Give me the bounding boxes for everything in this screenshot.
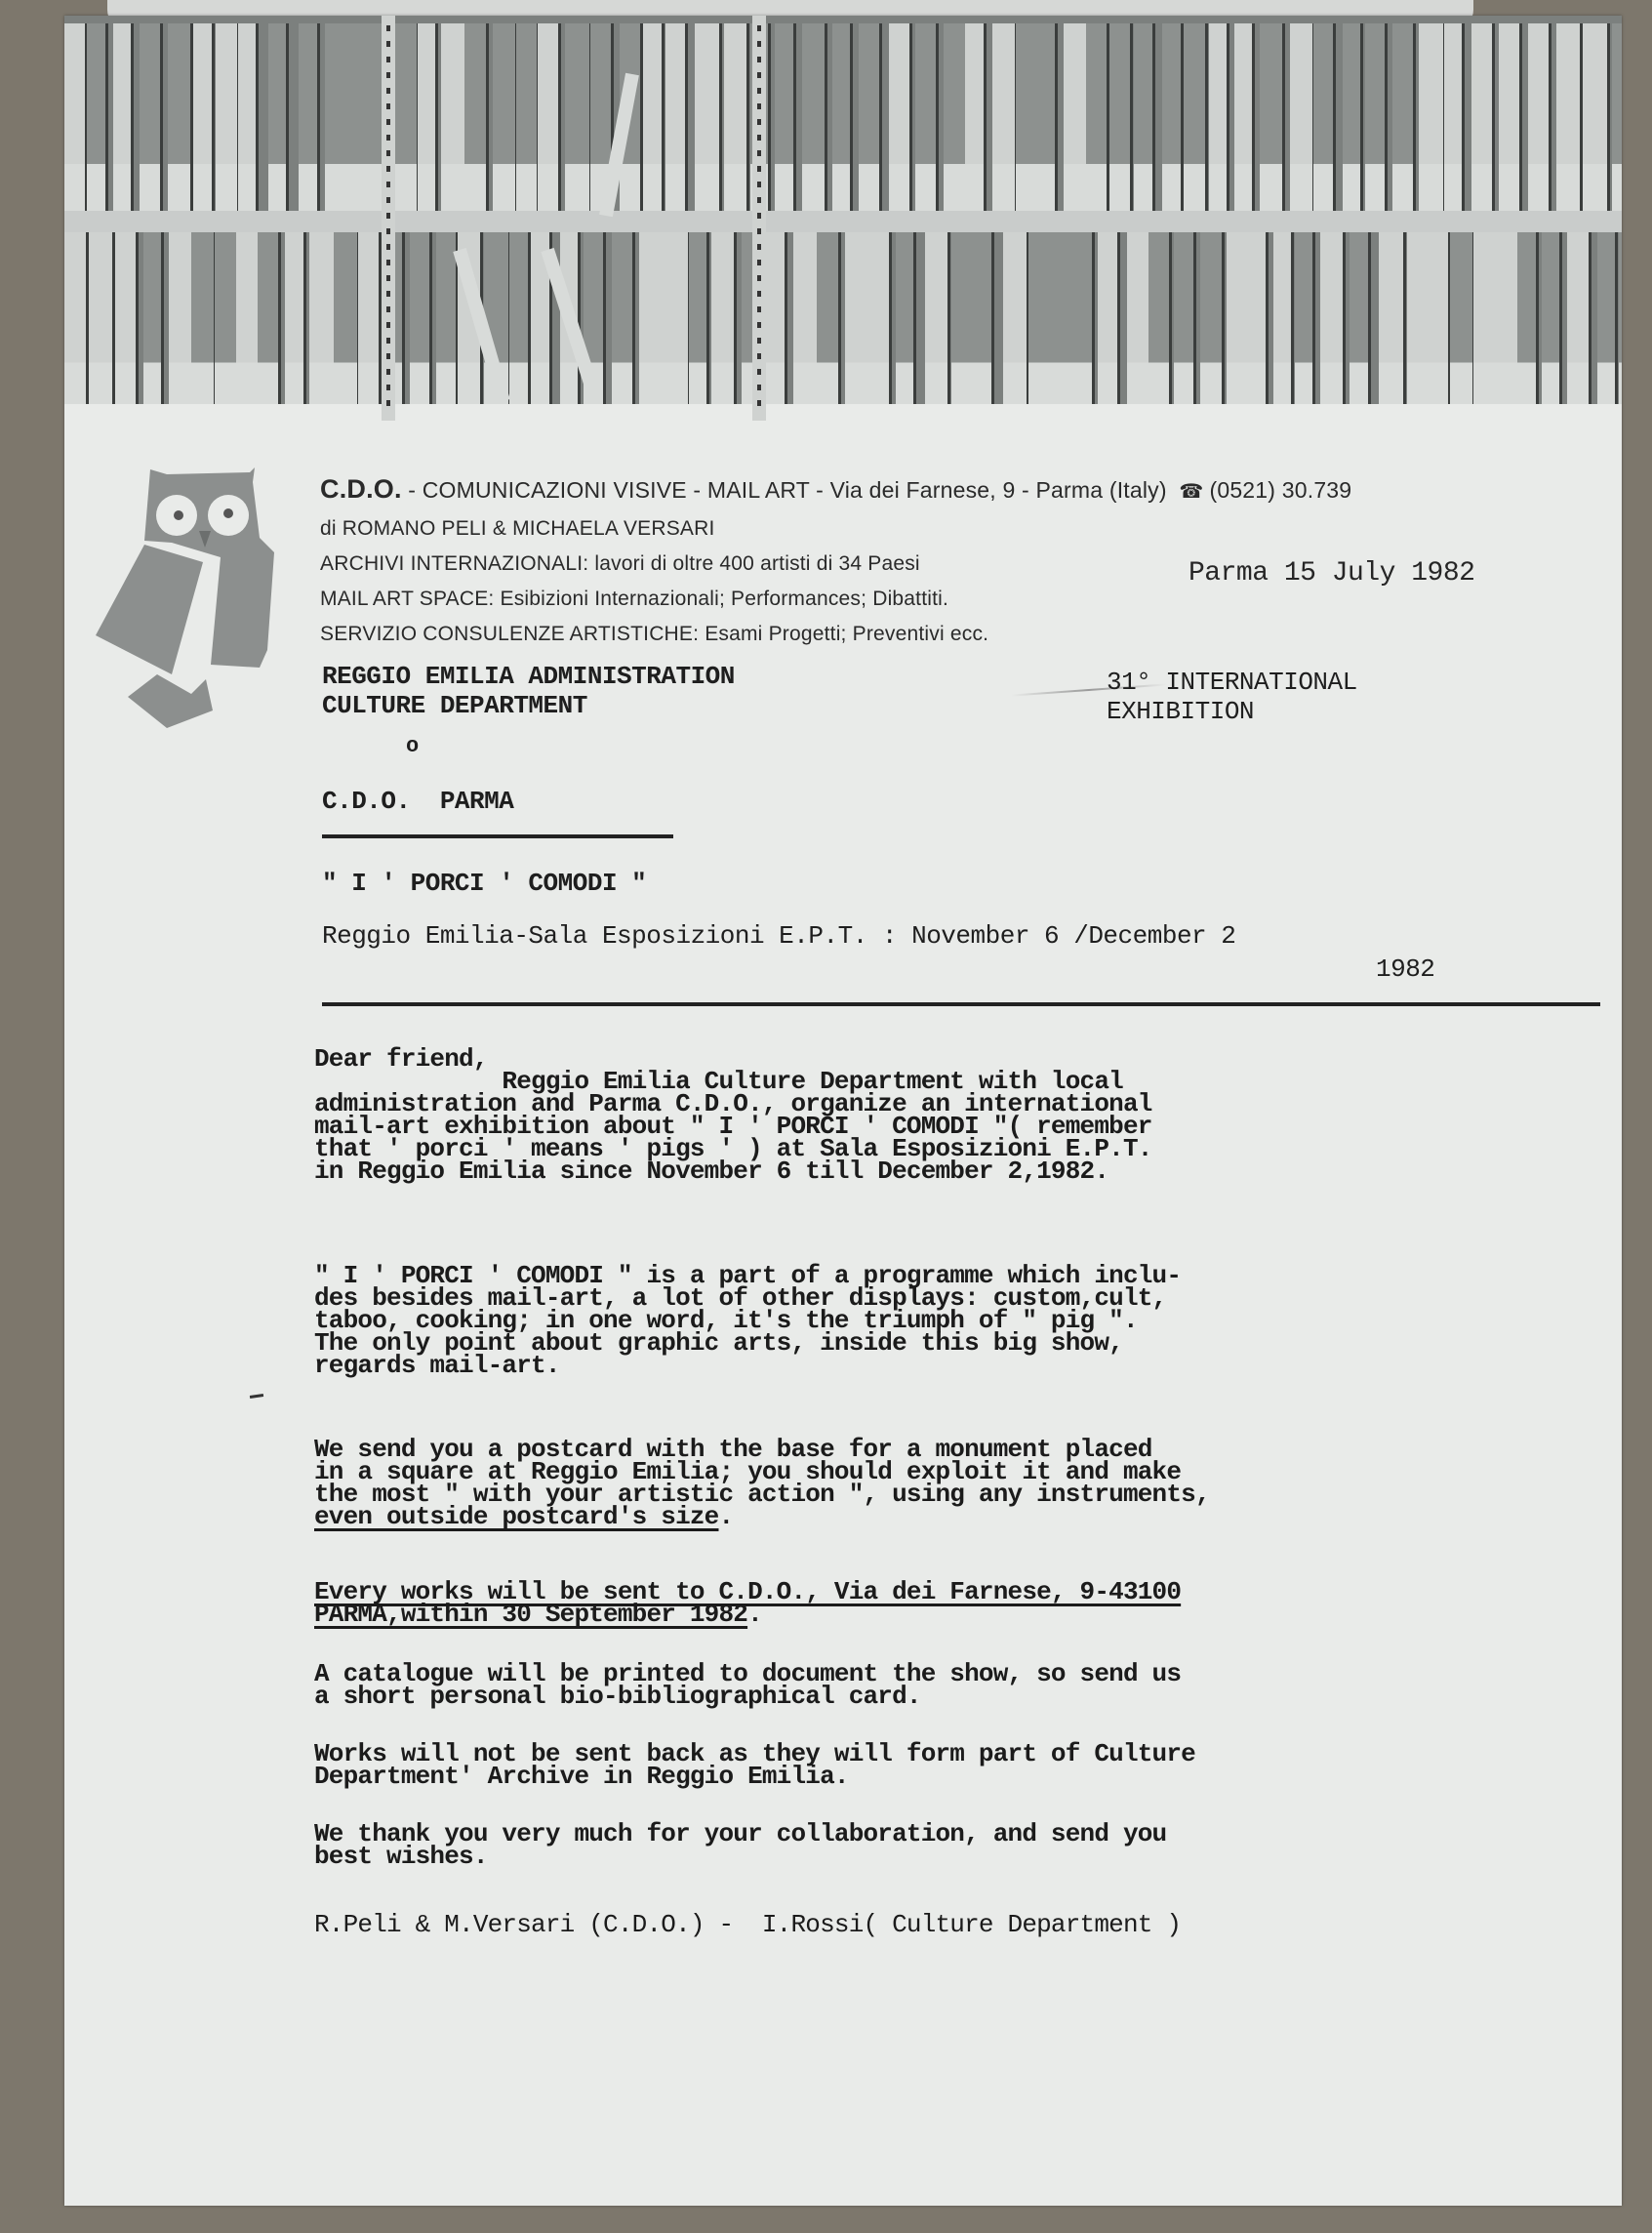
bookshelf-photo: [64, 16, 1622, 421]
text-line: regards mail-art.: [314, 1355, 1181, 1377]
letterhead-line-1: C.D.O. - COMUNICAZIONI VISIVE - MAIL ART…: [320, 474, 1351, 505]
letter-date: Parma 15 July 1982: [1189, 558, 1474, 589]
owl-logo-icon: [74, 445, 318, 738]
letterhead-mail-art-space: MAIL ART SPACE: Esibizioni Internazional…: [320, 588, 948, 611]
org-name: C.D.O.: [320, 474, 402, 504]
underlined-note: even outside postcard's size: [314, 1502, 718, 1531]
organizer-line-2: CULTURE DEPARTMENT: [322, 691, 587, 720]
period: .: [718, 1502, 733, 1531]
paragraph-2: " I ' PORCI ' COMODI " is a part of a pr…: [314, 1265, 1181, 1377]
exhibition-year: 1982: [1376, 954, 1434, 984]
telephone-icon: ☎: [1179, 479, 1203, 504]
text-line: Department' Archive in Reggio Emilia.: [314, 1766, 1195, 1788]
exhibition-title: " I ' PORCI ' COMODI ": [322, 869, 646, 898]
letterhead-archives: ARCHIVI INTERNAZIONALI: lavori di oltre …: [320, 552, 920, 576]
divider-long: [322, 1002, 1600, 1006]
paragraph-4: Every works will be sent to C.D.O., Via …: [314, 1581, 1181, 1626]
paragraph-1: Reggio Emilia Culture Department with lo…: [314, 1071, 1152, 1183]
text-line: best wishes.: [314, 1846, 1166, 1868]
text-line: in Reggio Emilia since November 6 till D…: [314, 1160, 1152, 1183]
signature: R.Peli & M.Versari (C.D.O.) - I.Rossi( C…: [314, 1914, 1181, 1936]
letter-page: C.D.O. - COMUNICAZIONI VISIVE - MAIL ART…: [64, 16, 1622, 2206]
letterhead-founders: di ROMANO PELI & MICHAELA VERSARI: [320, 517, 715, 541]
exhibition-label-1: 31° INTERNATIONAL: [1107, 668, 1357, 697]
letter-body: Dear friend, Reggio Emilia Culture Depar…: [314, 1048, 1152, 1183]
divider-short: [322, 834, 673, 838]
exhibition-label-2: EXHIBITION: [1107, 697, 1254, 726]
phone-number: (0521) 30.739: [1209, 477, 1351, 503]
paragraph-6: Works will not be sent back as they will…: [314, 1743, 1195, 1788]
letterhead-services: SERVIZIO CONSULENZE ARTISTICHE: Esami Pr…: [320, 623, 988, 646]
paragraph-5: A catalogue will be printed to document …: [314, 1663, 1181, 1708]
paragraph-7: We thank you very much for your collabor…: [314, 1823, 1166, 1868]
organizer-line-3: C.D.O. PARMA: [322, 787, 513, 816]
organizer-connector: o: [406, 734, 419, 758]
exhibition-venue: Reggio Emilia-Sala Esposizioni E.P.T. : …: [322, 921, 1235, 951]
period: .: [747, 1600, 762, 1629]
deadline: PARMA,within 30 September 1982: [314, 1600, 747, 1629]
text-line: a short personal bio-bibliographical car…: [314, 1685, 1181, 1708]
paragraph-3: We send you a postcard with the base for…: [314, 1439, 1210, 1528]
org-address: - COMUNICAZIONI VISIVE - MAIL ART - Via …: [402, 477, 1167, 503]
organizer-line-1: REGGIO EMILIA ADMINISTRATION: [322, 662, 735, 691]
margin-mark: [250, 1394, 263, 1399]
signature-line: R.Peli & M.Versari (C.D.O.) - I.Rossi( C…: [314, 1914, 1181, 1936]
